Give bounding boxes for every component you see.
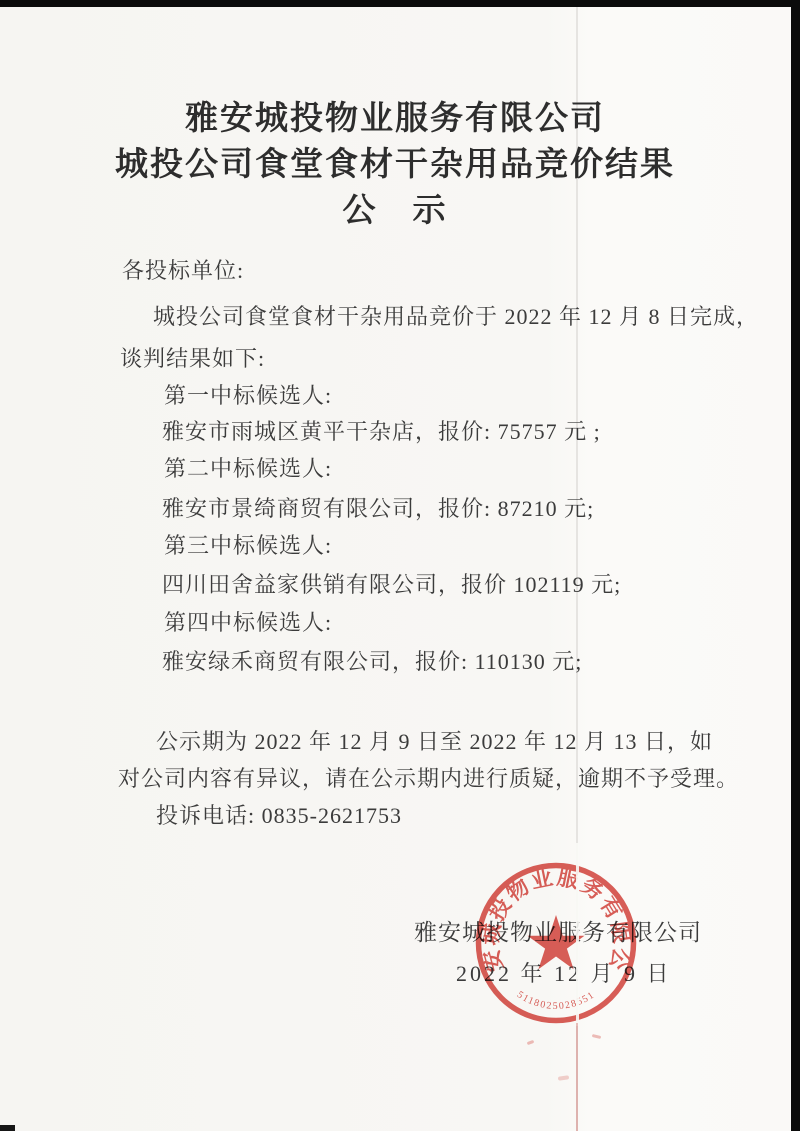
salutation-line: 各投标单位: — [122, 256, 244, 286]
title-line-announcement: 公 示 — [0, 188, 790, 234]
scan-edge-top — [0, 0, 800, 7]
candidate-3-label: 第三中标候选人: — [164, 531, 332, 561]
scan-edge-bottom-left — [0, 1125, 15, 1131]
company-seal: 雅安城投物业服务有限公司 5118025028551 — [456, 843, 656, 1043]
candidate-2-result: 雅安市景绮商贸有限公司，报价: 87210 元; — [162, 494, 594, 524]
intro-line-2: 谈判结果如下: — [120, 344, 265, 374]
title-line-subject: 城投公司食堂食材干杂用品竞价结果 — [0, 142, 790, 188]
svg-text:5118025028551: 5118025028551 — [515, 989, 597, 1012]
seal-ink-speck — [558, 1075, 569, 1080]
candidate-4-label: 第四中标候选人: — [164, 608, 332, 638]
complaint-phone-line: 投诉电话: 0835-2621753 — [156, 801, 402, 831]
fold-line-over-seal — [576, 843, 579, 1026]
scanned-announcement-page: 雅安城投物业服务有限公司 城投公司食堂食材干杂用品竞价结果 公 示 各投标单位:… — [0, 0, 800, 1131]
seal-serial-number: 5118025028551 — [515, 989, 597, 1012]
scan-edge-right — [791, 0, 800, 1131]
closing-line-2: 对公司内容有异议，请在公示期内进行质疑，逾期不予受理。 — [118, 764, 739, 794]
candidate-4-result: 雅安绿禾商贸有限公司，报价: 110130 元; — [162, 647, 582, 677]
intro-line-1: 城投公司食堂食材干杂用品竞价于 2022 年 12 月 8 日完成， — [153, 302, 759, 332]
document-title: 雅安城投物业服务有限公司 城投公司食堂食材干杂用品竞价结果 公 示 — [0, 96, 790, 234]
candidate-2-label: 第二中标候选人: — [164, 454, 332, 484]
closing-line-1: 公示期为 2022 年 12 月 9 日至 2022 年 12 月 13 日，如 — [156, 727, 713, 757]
title-line-company: 雅安城投物业服务有限公司 — [0, 96, 790, 142]
candidate-3-result: 四川田舍益家供销有限公司，报价 102119 元; — [162, 570, 621, 600]
fold-line-ink-tint — [576, 1023, 578, 1131]
candidate-1-label: 第一中标候选人: — [164, 381, 332, 411]
candidate-1-result: 雅安市雨城区黄平干杂店，报价: 75757 元 ; — [162, 417, 601, 447]
